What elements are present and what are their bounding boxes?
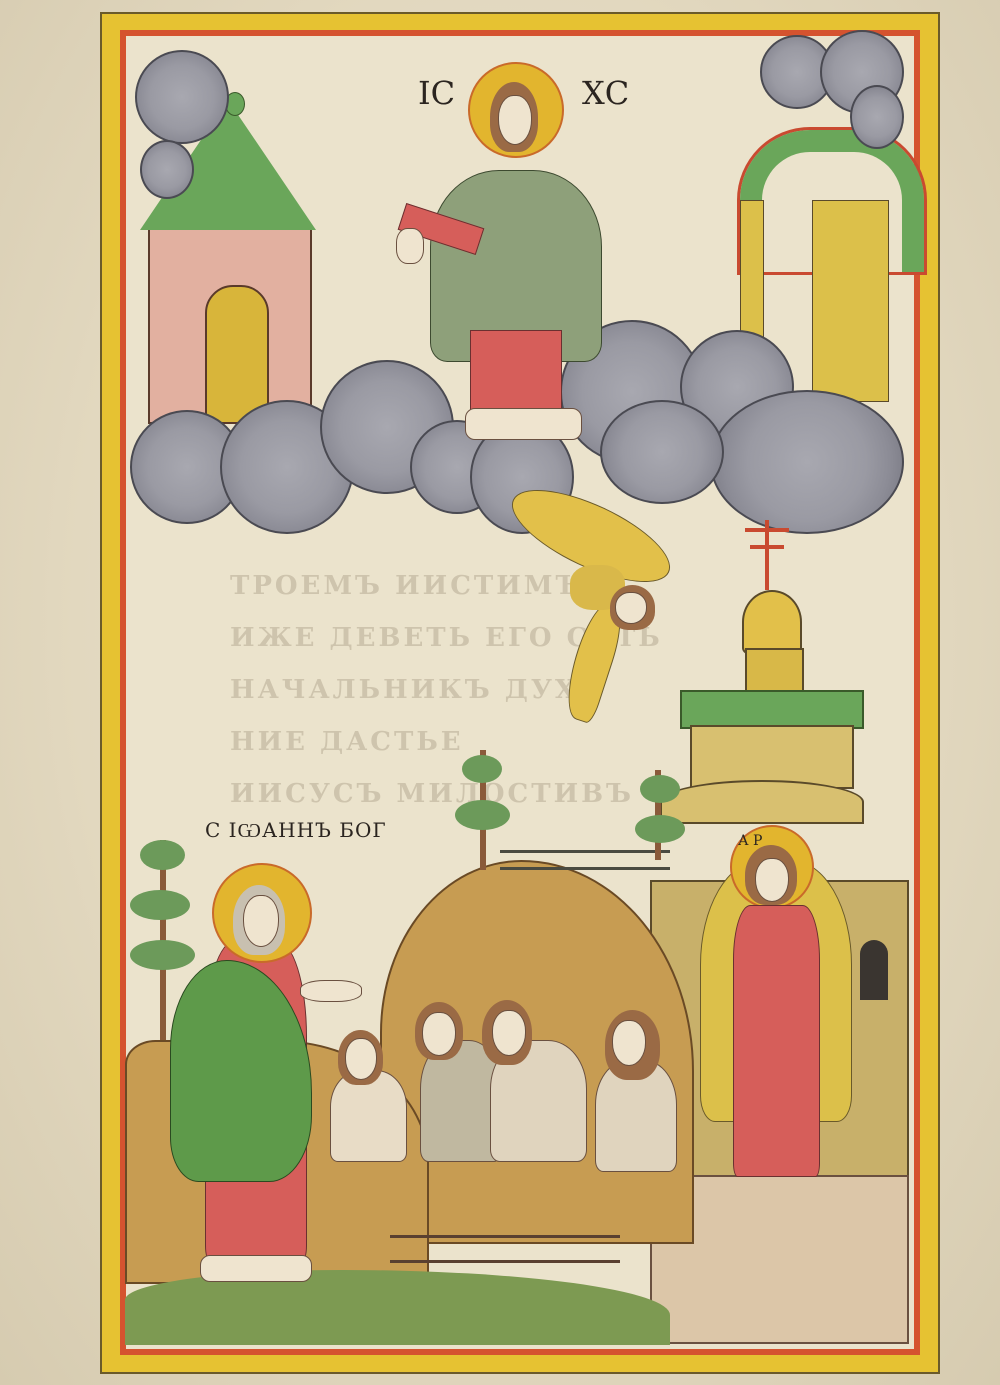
john-hand — [300, 980, 362, 1002]
christ-red-robe — [470, 330, 562, 412]
pillar-right — [812, 200, 889, 402]
foreground-fence — [390, 1235, 620, 1263]
figure-1-face — [345, 1038, 377, 1080]
christ-left-hand — [396, 228, 424, 264]
figure-4-face — [612, 1020, 646, 1066]
manuscript-page: ТРОЕМЪ ИИСТИМЪ ИЖЕ ДЕВЕТЬ ЕГО СОТЬ НАЧАЛ… — [0, 0, 1000, 1385]
tree-leaf — [635, 815, 685, 843]
tree-leaf — [462, 755, 502, 783]
hill-fence — [500, 850, 670, 870]
cloud-top-left — [135, 50, 229, 144]
church-dome — [742, 590, 802, 654]
christ-feet — [465, 408, 582, 440]
standing-angel-robe — [733, 905, 820, 1177]
ghost-line: ИИСУСЪ МИЛОСТИВЪ — [230, 768, 670, 820]
cloud-top-right-3 — [850, 85, 904, 149]
standing-angel-face — [755, 858, 789, 902]
church-cross-bar — [745, 528, 789, 532]
church-cross-bar-2 — [750, 545, 784, 549]
tree-leaf — [130, 940, 195, 970]
tree-leaf — [130, 890, 190, 920]
john-face — [243, 895, 279, 947]
tower-door — [205, 285, 269, 424]
figure-2-face — [422, 1012, 456, 1056]
church-window-right — [860, 940, 888, 1000]
inscription-ic: ІС — [418, 74, 455, 112]
john-feet — [200, 1255, 312, 1282]
christ-face — [498, 95, 532, 145]
cloud — [600, 400, 724, 504]
inscription-john: С ІѠАННЪ БОГ — [205, 818, 387, 843]
ghost-line: НИЕ ДАСТЬЕ — [230, 716, 670, 768]
tree-leaf — [455, 800, 510, 830]
figure-3-face — [492, 1010, 526, 1056]
church-arch-tier — [660, 780, 864, 824]
cloud-top-left-small — [140, 140, 194, 199]
tree-leaf — [640, 775, 680, 803]
angel-face — [615, 592, 647, 624]
church-green-roof — [680, 690, 864, 729]
tree-leaf — [140, 840, 185, 870]
inscription-angel: А Р — [738, 833, 762, 849]
cloud — [710, 390, 904, 534]
inscription-xc: ХС — [582, 74, 629, 112]
